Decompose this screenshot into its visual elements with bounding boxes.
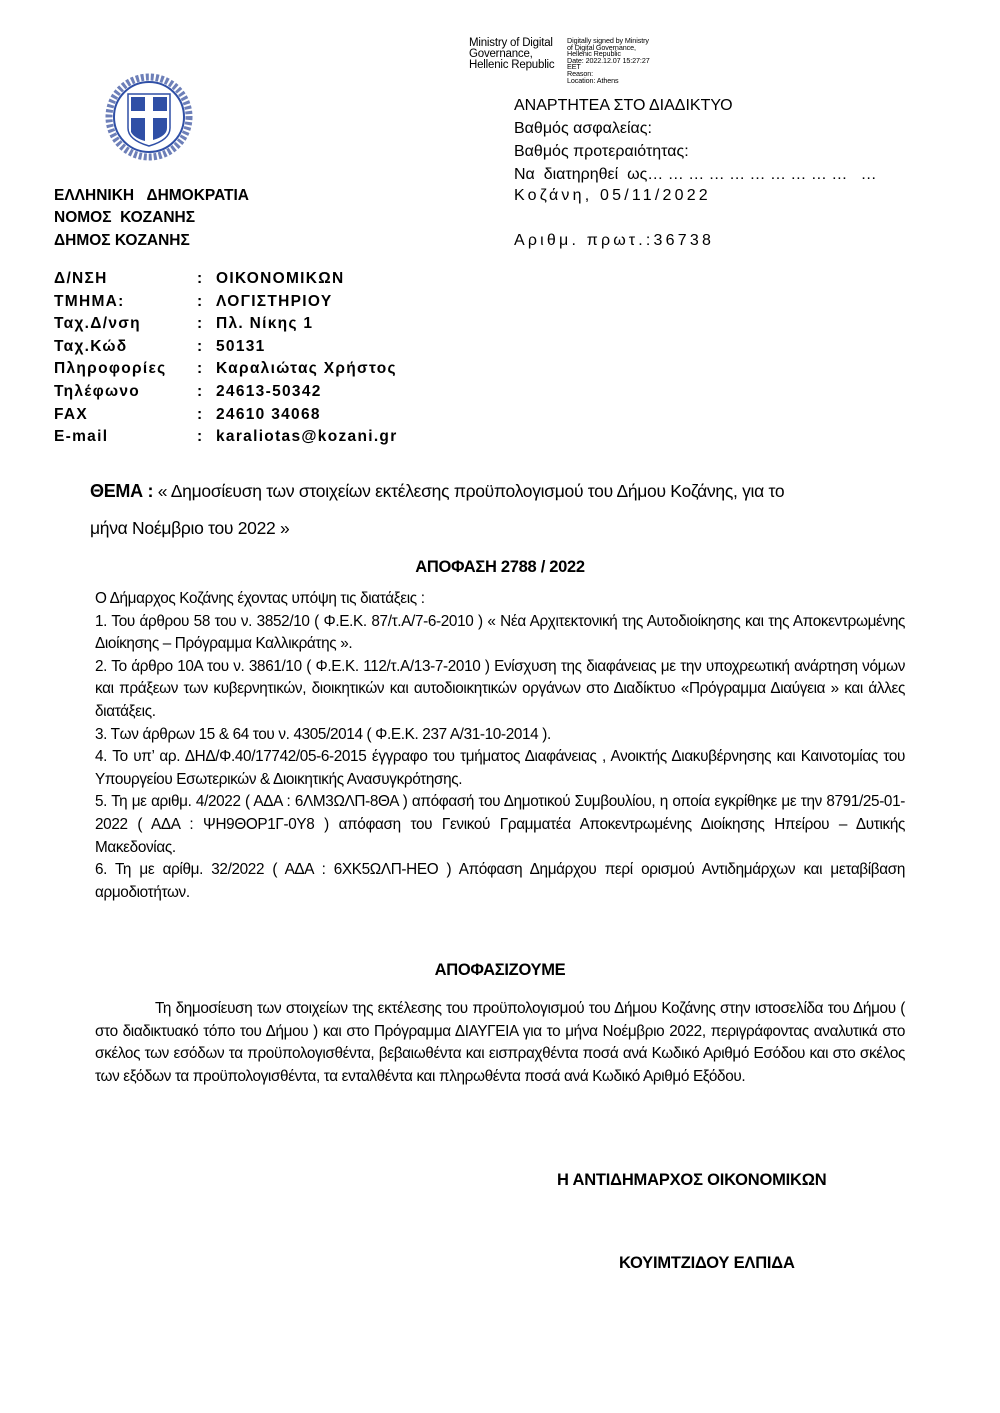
subject-label: ΘΕΜΑ : <box>90 481 153 501</box>
contact-separator: : <box>197 291 216 314</box>
contact-label: Πληροφορίες <box>54 358 197 381</box>
contact-row-info: Πληροφορίες : Καραλιώτας Χρήστος <box>54 358 398 381</box>
security-level: Βαθμός ασφαλείας: <box>514 118 652 140</box>
signatory-name: ΚΟΥΙΜΤΖΙΔΟΥ ΕΛΠΙΔΑ <box>619 1254 795 1273</box>
contact-separator: : <box>197 268 216 291</box>
contact-row-postal-code: Ταχ.Κώδ : 50131 <box>54 336 398 359</box>
issuer-prefecture: ΝΟΜΟΣ ΚΟΖΑΝΗΣ <box>54 207 195 230</box>
consideration-item: 4. Το υπ’ αρ. ΔΗΔ/Φ.40/17742/05-6-2015 έ… <box>95 746 905 791</box>
contact-value: Πλ. Νίκης 1 <box>216 313 313 336</box>
signature-signer-line: Hellenic Republic <box>469 60 554 71</box>
contact-separator: : <box>197 404 216 427</box>
consideration-item: 1. Του άρθρου 58 του ν. 3852/10 ( Φ.Ε.Κ.… <box>95 611 905 656</box>
contact-row-directorate: Δ/ΝΣΗ : ΟΙΚΟΝΟΜΙΚΩΝ <box>54 268 398 291</box>
contact-separator: : <box>197 381 216 404</box>
contact-separator: : <box>197 313 216 336</box>
consideration-item: 2. Το άρθρο 10Α του ν. 3861/10 ( Φ.Ε.Κ. … <box>95 656 905 724</box>
contact-details: Δ/ΝΣΗ : ΟΙΚΟΝΟΜΙΚΩΝ ΤΜΗΜΑ: : ΛΟΓΙΣΤΗΡΙΟΥ… <box>54 268 398 449</box>
protocol-number: Αριθμ. πρωτ.:36738 <box>514 230 714 252</box>
contact-label: Τηλέφωνο <box>54 381 197 404</box>
greek-coat-of-arms-icon <box>104 72 194 162</box>
contact-label: FAX <box>54 404 197 427</box>
posting-notice: ΑΝΑΡΤΗΤΕΑ ΣΤΟ ΔΙΑΔΙΚΤΥΟ <box>514 95 733 117</box>
contact-value: ΟΙΚΟΝΟΜΙΚΩΝ <box>216 268 344 291</box>
signature-location: Location: Athens <box>567 78 650 85</box>
resolution-text: Τη δημοσίευση των στοιχείων της εκτέλεση… <box>95 998 905 1088</box>
contact-email: karaliotas@kozani.gr <box>216 426 398 449</box>
consideration-item: 5. Τη με αριθμ. 4/2022 ( ΑΔΑ : 6ΛΜ3ΩΛΠ-8… <box>95 791 905 859</box>
subject-text-continued: μήνα Νοέμβριο του 2022 » <box>90 510 870 547</box>
subject-text: « Δημοσίευση των στοιχείων εκτέλεσης προ… <box>153 481 784 501</box>
contact-row-department: ΤΜΗΜΑ: : ΛΟΓΙΣΤΗΡΙΟΥ <box>54 291 398 314</box>
digital-signature-details: Digitally signed by Ministry of Digital … <box>567 38 650 84</box>
contact-row-address: Ταχ.Δ/νση : Πλ. Νίκης 1 <box>54 313 398 336</box>
subject: ΘΕΜΑ : « Δημοσίευση των στοιχείων εκτέλε… <box>90 473 870 547</box>
contact-label: ΤΜΗΜΑ: <box>54 291 197 314</box>
signatory-title: Η ΑΝΤΙΔΗΜΑΡΧΟΣ ΟΙΚΟΝΟΜΙΚΩΝ <box>557 1171 827 1190</box>
contact-label: E-mail <box>54 426 197 449</box>
contact-row-phone: Τηλέφωνο : 24613-50342 <box>54 381 398 404</box>
contact-separator: : <box>197 358 216 381</box>
place-and-date: Κοζάνη, 05/11/2022 <box>514 185 711 207</box>
contact-row-fax: FAX : 24610 34068 <box>54 404 398 427</box>
contact-separator: : <box>197 426 216 449</box>
contact-separator: : <box>197 336 216 359</box>
contact-value: Καραλιώτας Χρήστος <box>216 358 397 381</box>
contact-label: Ταχ.Δ/νση <box>54 313 197 336</box>
consideration-item: 3. Των άρθρων 15 & 64 του ν. 4305/2014 (… <box>95 724 905 747</box>
consideration-item: 6. Τη με αρίθμ. 32/2022 ( ΑΔΑ : 6ΧΚ5ΩΛΠ-… <box>95 859 905 904</box>
issuer-country: ΕΛΛΗΝΙΚΗ ΔΗΜΟΚΡΑΤΙΑ <box>54 185 249 208</box>
digital-signature-signer: Ministry of Digital Governance, Hellenic… <box>469 38 554 71</box>
contact-label: Ταχ.Κώδ <box>54 336 197 359</box>
contact-value: 50131 <box>216 336 266 359</box>
contact-value: ΛΟΓΙΣΤΗΡΙΟΥ <box>216 291 332 314</box>
contact-label: Δ/ΝΣΗ <box>54 268 197 291</box>
priority-level: Βαθμός προτεραιότητας: <box>514 141 689 163</box>
contact-value: 24613-50342 <box>216 381 322 404</box>
contact-row-email: E-mail : karaliotas@kozani.gr <box>54 426 398 449</box>
considerations-intro: Ο Δήμαρχος Κοζάνης έχοντας υπόψη τις δια… <box>95 588 905 611</box>
decision-title: ΑΠΟΦΑΣΗ 2788 / 2022 <box>0 558 1000 577</box>
retention-note: Να διατηρηθεί ως… … … … … … … … … … … <box>514 164 877 186</box>
issuer-municipality: ΔΗΜΟΣ ΚΟΖΑΝΗΣ <box>54 230 190 253</box>
resolution-title: ΑΠΟΦΑΣΙΖΟΥΜΕ <box>0 961 1000 980</box>
considerations: Ο Δήμαρχος Κοζάνης έχοντας υπόψη τις δια… <box>95 588 905 904</box>
contact-value: 24610 34068 <box>216 404 321 427</box>
